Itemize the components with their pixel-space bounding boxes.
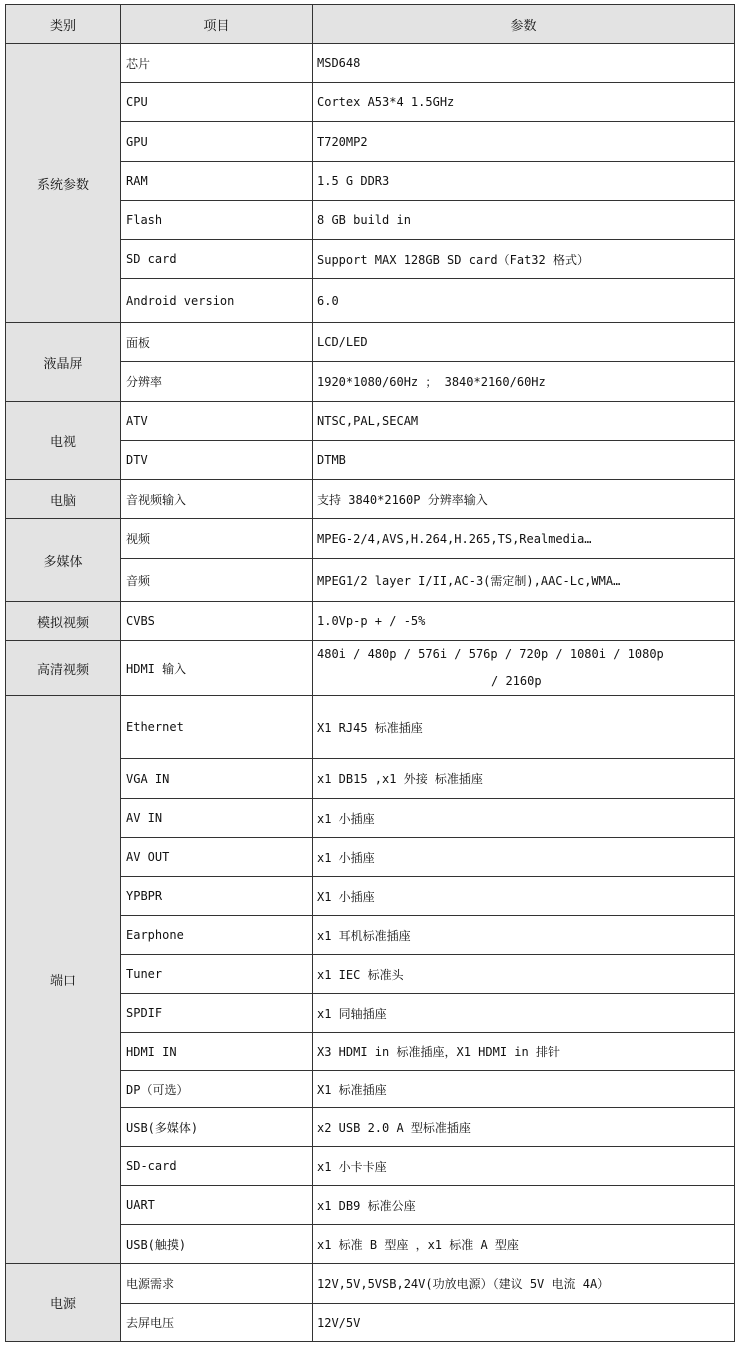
value-cell: 12V/5V [313, 1304, 735, 1342]
item-cell: 音视频输入 [121, 480, 313, 519]
item-cell: CPU [121, 83, 313, 122]
table-row: 电源电源需求12V,5V,5VSB,24V(功放电源）（建议 5V 电流 4A） [6, 1264, 735, 1304]
item-cell: AV OUT [121, 838, 313, 877]
category-cell: 模拟视频 [6, 602, 121, 641]
item-cell: CVBS [121, 602, 313, 641]
value-cell: T720MP2 [313, 122, 735, 162]
item-cell: HDMI 输入 [121, 641, 313, 696]
table-row: 系统参数芯片MSD648 [6, 44, 735, 83]
item-cell: RAM [121, 162, 313, 201]
value-cell: 12V,5V,5VSB,24V(功放电源）（建议 5V 电流 4A） [313, 1264, 735, 1304]
value-cell: X3 HDMI in 标准插座，X1 HDMI in 排针 [313, 1033, 735, 1071]
item-cell: Earphone [121, 916, 313, 955]
item-cell: 面板 [121, 323, 313, 362]
value-cell: 480i / 480p / 576i / 576p / 720p / 1080i… [313, 641, 735, 696]
item-cell: SD-card [121, 1147, 313, 1186]
value-cell: X1 小插座 [313, 877, 735, 916]
table-row: 模拟视频CVBS1.0Vp-p + / -5% [6, 602, 735, 641]
value-cell: x1 DB9 标准公座 [313, 1186, 735, 1225]
category-cell: 液晶屏 [6, 323, 121, 402]
item-cell: VGA IN [121, 759, 313, 799]
item-cell: 分辨率 [121, 362, 313, 402]
value-cell: 8 GB build in [313, 201, 735, 240]
value-cell: x1 DB15 ,x1 外接 标准插座 [313, 759, 735, 799]
header-category: 类别 [6, 5, 121, 44]
value-cell: x1 IEC 标准头 [313, 955, 735, 994]
item-cell: GPU [121, 122, 313, 162]
value-cell: X1 标准插座 [313, 1071, 735, 1108]
item-cell: Tuner [121, 955, 313, 994]
value-cell: Cortex A53*4 1.5GHz [313, 83, 735, 122]
value-cell: x1 耳机标准插座 [313, 916, 735, 955]
table-row: 多媒体视频MPEG-2/4,AVS,H.264,H.265,TS,Realmed… [6, 519, 735, 559]
value-cell: x1 小插座 [313, 838, 735, 877]
item-cell: DTV [121, 441, 313, 480]
item-cell: 去屏电压 [121, 1304, 313, 1342]
value-cell: x2 USB 2.0 A 型标准插座 [313, 1108, 735, 1147]
table-row: 高清视频HDMI 输入480i / 480p / 576i / 576p / 7… [6, 641, 735, 696]
category-cell: 电脑 [6, 480, 121, 519]
item-cell: ATV [121, 402, 313, 441]
value-cell: 1920*1080/60Hz ； 3840*2160/60Hz [313, 362, 735, 402]
value-cell: 6.0 [313, 279, 735, 323]
value-cell: MSD648 [313, 44, 735, 83]
value-cell: NTSC,PAL,SECAM [313, 402, 735, 441]
category-cell: 端口 [6, 696, 121, 1264]
table-row: 电视ATVNTSC,PAL,SECAM [6, 402, 735, 441]
category-cell: 电视 [6, 402, 121, 480]
spec-table: 类别 项目 参数 系统参数芯片MSD648CPUCortex A53*4 1.5… [5, 4, 735, 1342]
header-item: 项目 [121, 5, 313, 44]
header-row: 类别 项目 参数 [6, 5, 735, 44]
header-param: 参数 [313, 5, 735, 44]
value-cell: 1.5 G DDR3 [313, 162, 735, 201]
item-cell: 芯片 [121, 44, 313, 83]
item-cell: YPBPR [121, 877, 313, 916]
value-line-2: / 2160p [317, 668, 734, 695]
value-cell: MPEG1/2 layer I/II,AC-3(需定制),AAC-Lc,WMA… [313, 559, 735, 602]
table-row: 液晶屏面板LCD/LED [6, 323, 735, 362]
value-cell: Support MAX 128GB SD card（Fat32 格式） [313, 240, 735, 279]
item-cell: Flash [121, 201, 313, 240]
item-cell: USB(多媒体) [121, 1108, 313, 1147]
value-cell: x1 标准 B 型座 ，x1 标准 A 型座 [313, 1225, 735, 1264]
value-cell: 1.0Vp-p + / -5% [313, 602, 735, 641]
value-cell: X1 RJ45 标准插座 [313, 696, 735, 759]
value-cell: LCD/LED [313, 323, 735, 362]
table-row: 端口EthernetX1 RJ45 标准插座 [6, 696, 735, 759]
item-cell: SD card [121, 240, 313, 279]
item-cell: AV IN [121, 799, 313, 838]
item-cell: 音频 [121, 559, 313, 602]
category-cell: 系统参数 [6, 44, 121, 323]
category-cell: 高清视频 [6, 641, 121, 696]
item-cell: DP（可选） [121, 1071, 313, 1108]
table-row: 电脑音视频输入支持 3840*2160P 分辨率输入 [6, 480, 735, 519]
value-cell: x1 小插座 [313, 799, 735, 838]
value-cell: 支持 3840*2160P 分辨率输入 [313, 480, 735, 519]
value-cell: x1 同轴插座 [313, 994, 735, 1033]
item-cell: HDMI IN [121, 1033, 313, 1071]
item-cell: USB(触摸) [121, 1225, 313, 1264]
item-cell: 视频 [121, 519, 313, 559]
value-cell: x1 小卡卡座 [313, 1147, 735, 1186]
value-line-1: 480i / 480p / 576i / 576p / 720p / 1080i… [317, 647, 664, 661]
item-cell: 电源需求 [121, 1264, 313, 1304]
category-cell: 电源 [6, 1264, 121, 1342]
item-cell: SPDIF [121, 994, 313, 1033]
item-cell: Android version [121, 279, 313, 323]
item-cell: UART [121, 1186, 313, 1225]
category-cell: 多媒体 [6, 519, 121, 602]
value-cell: DTMB [313, 441, 735, 480]
value-cell: MPEG-2/4,AVS,H.264,H.265,TS,Realmedia… [313, 519, 735, 559]
item-cell: Ethernet [121, 696, 313, 759]
spec-table-body: 系统参数芯片MSD648CPUCortex A53*4 1.5GHzGPUT72… [6, 44, 735, 1342]
